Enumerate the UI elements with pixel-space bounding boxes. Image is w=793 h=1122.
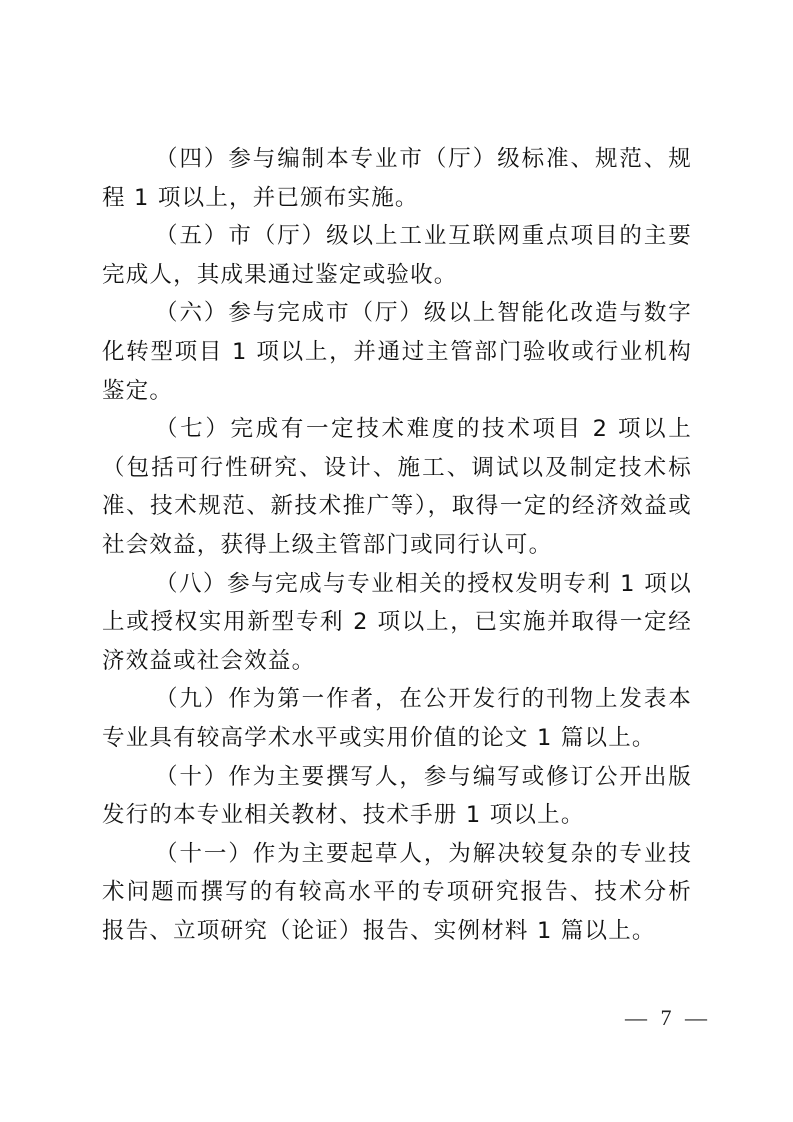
paragraph-item-6: （六）参与完成市（厅）级以上智能化改造与数字化转型项目 1 项以上，并通过主管部… <box>102 294 692 410</box>
paragraph-item-4: （四）参与编制本专业市（厅）级标准、规范、规程 1 项以上，并已颁布实施。 <box>102 140 692 217</box>
paragraph-item-11: （十一）作为主要起草人，为解决较复杂的专业技术问题而撰写的有较高水平的专项研究报… <box>102 835 692 951</box>
paragraph-item-5: （五）市（厅）级以上工业互联网重点项目的主要完成人，其成果通过鉴定或验收。 <box>102 217 692 294</box>
paragraph-item-10: （十）作为主要撰写人，参与编写或修订公开出版发行的本专业相关教材、技术手册 1 … <box>102 758 692 835</box>
page-number: — 7 — <box>625 1005 711 1031</box>
document-body: （四）参与编制本专业市（厅）级标准、规范、规程 1 项以上，并已颁布实施。 （五… <box>102 140 692 950</box>
paragraph-item-8: （八）参与完成与专业相关的授权发明专利 1 项以上或授权实用新型专利 2 项以上… <box>102 565 692 681</box>
document-page: （四）参与编制本专业市（厅）级标准、规范、规程 1 项以上，并已颁布实施。 （五… <box>0 0 793 1122</box>
paragraph-item-7: （七）完成有一定技术难度的技术项目 2 项以上（包括可行性研究、设计、施工、调试… <box>102 410 692 564</box>
paragraph-item-9: （九）作为第一作者，在公开发行的刊物上发表本专业具有较高学术水平或实用价值的论文… <box>102 680 692 757</box>
